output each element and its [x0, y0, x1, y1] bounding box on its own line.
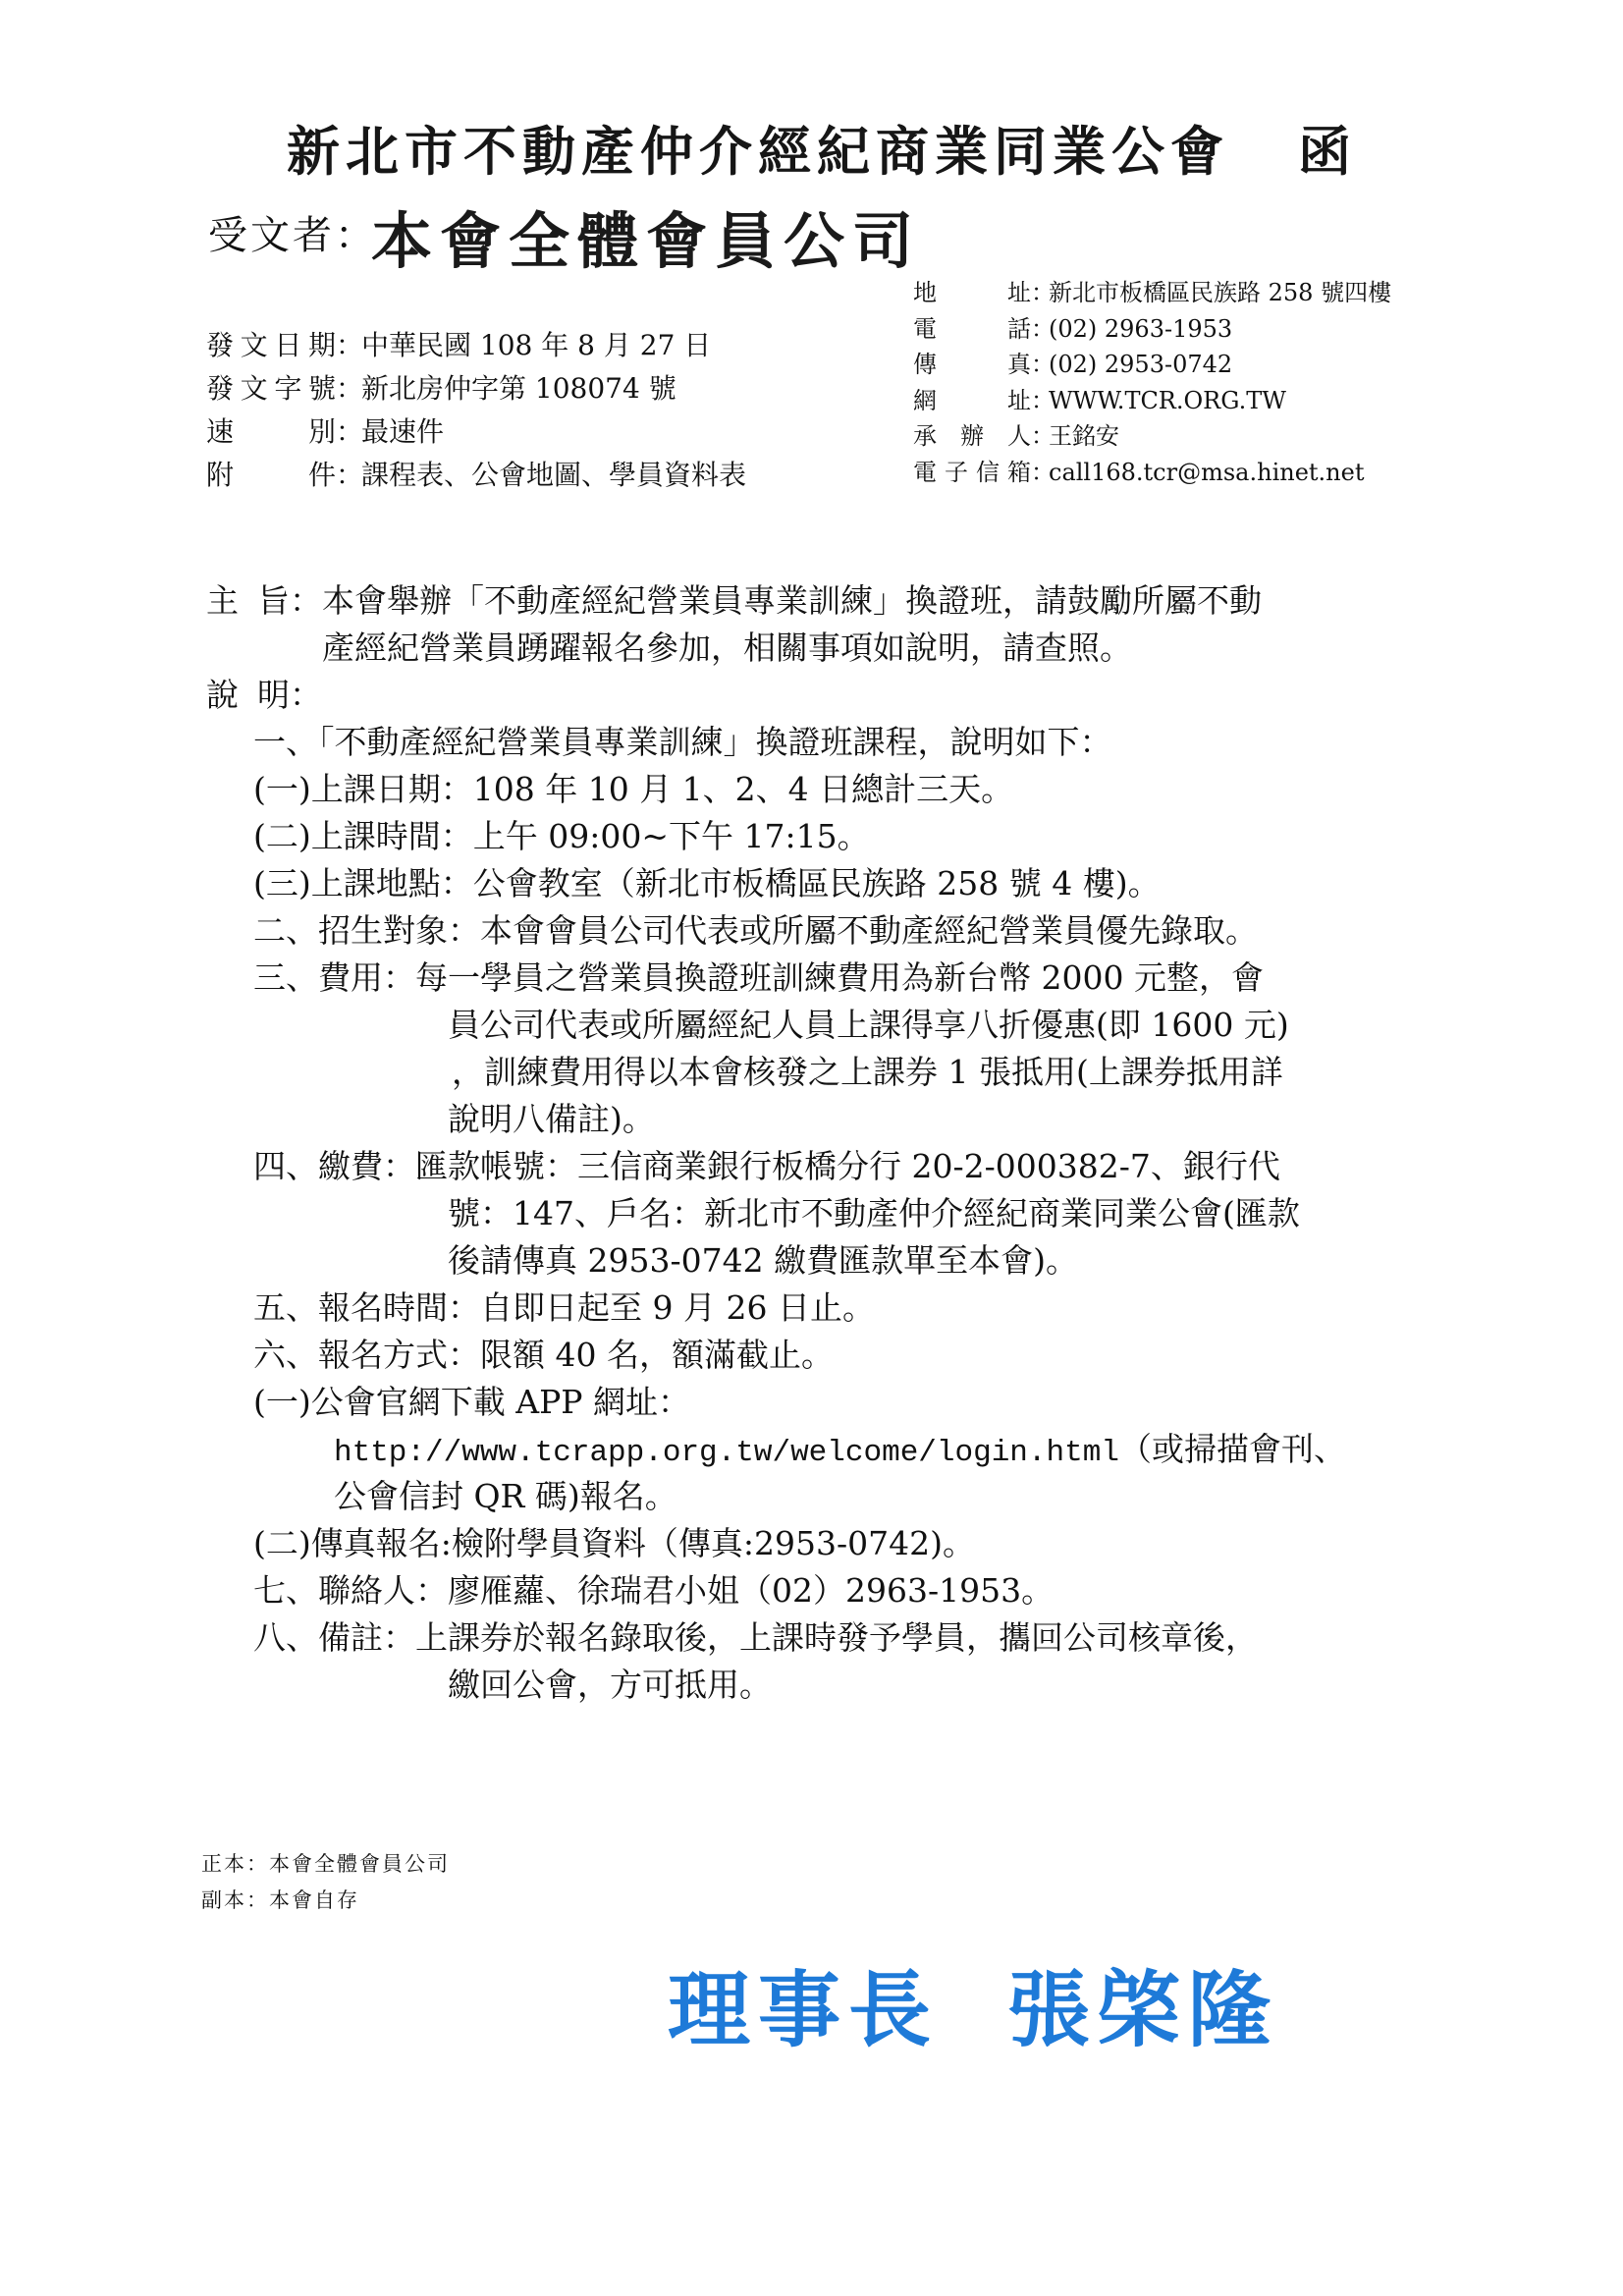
contact-value: 王銘安 [1049, 418, 1119, 455]
document-body: 主旨：本會舉辦「不動產經紀營業員專業訓練」換證班，請鼓勵所屬不動 產經紀營業員踴… [206, 577, 1443, 1709]
item-8-cont: 繳回公會，方可抵用。 [206, 1662, 1443, 1709]
contact-fax: 傳真：(02) 2953-0742 [913, 347, 1391, 383]
signature-title: 理事長 [668, 1962, 939, 2058]
item-1-2: (二)上課時間：上午 09:00~下午 17:15。 [206, 813, 1443, 860]
explanation-label: 說明： [206, 672, 322, 719]
contact-address: 地址：新北市板橋區民族路 258 號四樓 [913, 275, 1391, 311]
subject-line-1: 主旨：本會舉辦「不動產經紀營業員專業訓練」換證班，請鼓勵所屬不動 [206, 577, 1443, 625]
contact-label: 網址 [913, 383, 1031, 419]
item-6-2: (二)傳真報名:檢附學員資料（傳真:2953-0742)。 [206, 1520, 1443, 1567]
item-4-cont-1: 號：147、戶名：新北市不動產仲介經紀商業同業公會(匯款 [206, 1190, 1443, 1237]
copy-recipient: 副本：本會自存 [201, 1883, 450, 1919]
item-1-1: (一)上課日期：108 年 10 月 1、2、4 日總計三天。 [206, 766, 1443, 813]
contact-value: 新北市板橋區民族路 258 號四樓 [1049, 275, 1391, 311]
subject-label: 主旨： [206, 577, 322, 625]
contact-label: 電子信箱 [913, 455, 1031, 491]
item-4-cont-2: 後請傳真 2953-0742 繳費匯款單至本會)。 [206, 1237, 1443, 1285]
document-title: 新北市不動產仲介經紀商業同業公會函 [287, 110, 1357, 186]
meta-label: 速別 [206, 410, 336, 454]
meta-attachments: 附件：課程表、公會地圖、學員資料表 [206, 454, 746, 497]
distribution-block: 正本：本會全體會員公司 副本：本會自存 [201, 1846, 450, 1919]
org-title: 新北市不動產仲介經紀商業同業公會 [287, 121, 1229, 183]
meta-priority: 速別：最速件 [206, 410, 746, 454]
subject-line-2: 產經紀營業員踴躍報名參加，相關事項如說明，請查照。 [206, 625, 1443, 672]
original-recipient: 正本：本會全體會員公司 [201, 1846, 450, 1883]
item-8: 八、備註：上課券於報名錄取後，上課時發予學員，攜回公司核章後， [206, 1614, 1443, 1662]
contact-email: 電子信箱：call168.tcr@msa.hinet.net [913, 455, 1391, 491]
contact-block: 地址：新北市板橋區民族路 258 號四樓 電話：(02) 2963-1953 傳… [913, 275, 1391, 490]
contact-value: WWW.TCR.ORG.TW [1049, 383, 1286, 419]
recipient-label: 受文者： [208, 204, 377, 260]
contact-value: call168.tcr@msa.hinet.net [1049, 455, 1364, 491]
item-4: 四、繳費：匯款帳號：三信商業銀行板橋分行 20-2-000382-7、銀行代 [206, 1143, 1443, 1190]
signature-name: 張棨隆 [1007, 1962, 1278, 2058]
item-6-1-url-line: http://www.tcrapp.org.tw/welcome/login.h… [206, 1426, 1443, 1473]
explanation-heading: 說明： [206, 672, 1443, 719]
meta-value: 最速件 [361, 410, 444, 454]
item-1-3: (三)上課地點：公會教室（新北市板橋區民族路 258 號 4 樓)。 [206, 860, 1443, 907]
item-6-1-cont: 公會信封 QR 碼)報名。 [206, 1473, 1443, 1520]
item-3-cont-3: 說明八備註)。 [206, 1096, 1443, 1143]
item-3-cont-2: ，訓練費用得以本會核發之上課券 1 張抵用(上課券抵用詳 [206, 1049, 1443, 1096]
item-6-1: (一)公會官網下載 APP 網址： [206, 1379, 1443, 1426]
contact-label: 承辦人 [913, 418, 1031, 455]
item-3: 三、費用：每一學員之營業員換證班訓練費用為新台幣 2000 元整，會 [206, 955, 1443, 1002]
contact-value: (02) 2963-1953 [1049, 311, 1232, 348]
item-1: 一、「不動產經紀營業員專業訓練」換證班課程，說明如下： [206, 719, 1443, 766]
item-5: 五、報名時間：自即日起至 9 月 26 日止。 [206, 1285, 1443, 1332]
item-3-cont-1: 員公司代表或所屬經紀人員上課得享八折優惠(即 1600 元) [206, 1002, 1443, 1049]
chairman-signature: 理事長張棨隆 [668, 1944, 1278, 2063]
meta-value: 新北房仲字第 108074 號 [361, 367, 676, 410]
meta-date: 發文日期：中華民國 108 年 8 月 27 日 [206, 324, 746, 367]
meta-value: 課程表、公會地圖、學員資料表 [361, 454, 746, 497]
contact-phone: 電話：(02) 2963-1953 [913, 311, 1391, 348]
recipient-value: 本會全體會員公司 [371, 192, 921, 280]
doc-type: 函 [1298, 121, 1357, 183]
meta-block: 發文日期：中華民國 108 年 8 月 27 日 發文字號：新北房仲字第 108… [206, 324, 746, 497]
url-note: （或掃描會刊、 [1119, 1430, 1346, 1468]
registration-url-link[interactable]: http://www.tcrapp.org.tw/welcome/login.h… [334, 1436, 1119, 1470]
item-2: 二、招生對象：本會會員公司代表或所屬不動產經紀營業員優先錄取。 [206, 907, 1443, 955]
contact-value: (02) 2953-0742 [1049, 347, 1232, 383]
meta-label: 發文日期 [206, 324, 336, 367]
item-6: 六、報名方式：限額 40 名，額滿截止。 [206, 1332, 1443, 1379]
contact-label: 傳真 [913, 347, 1031, 383]
contact-label: 電話 [913, 311, 1031, 348]
subject-text: 本會舉辦「不動產經紀營業員專業訓練」換證班，請鼓勵所屬不動 [322, 577, 1262, 625]
contact-handler: 承辦人：王銘安 [913, 418, 1391, 455]
contact-website: 網址：WWW.TCR.ORG.TW [913, 383, 1391, 419]
item-7: 七、聯絡人：廖雁蘿、徐瑞君小姐（02）2963-1953。 [206, 1567, 1443, 1614]
meta-label: 附件 [206, 454, 336, 497]
meta-number: 發文字號：新北房仲字第 108074 號 [206, 367, 746, 410]
meta-label: 發文字號 [206, 367, 336, 410]
meta-value: 中華民國 108 年 8 月 27 日 [361, 324, 711, 367]
contact-label: 地址 [913, 275, 1031, 311]
